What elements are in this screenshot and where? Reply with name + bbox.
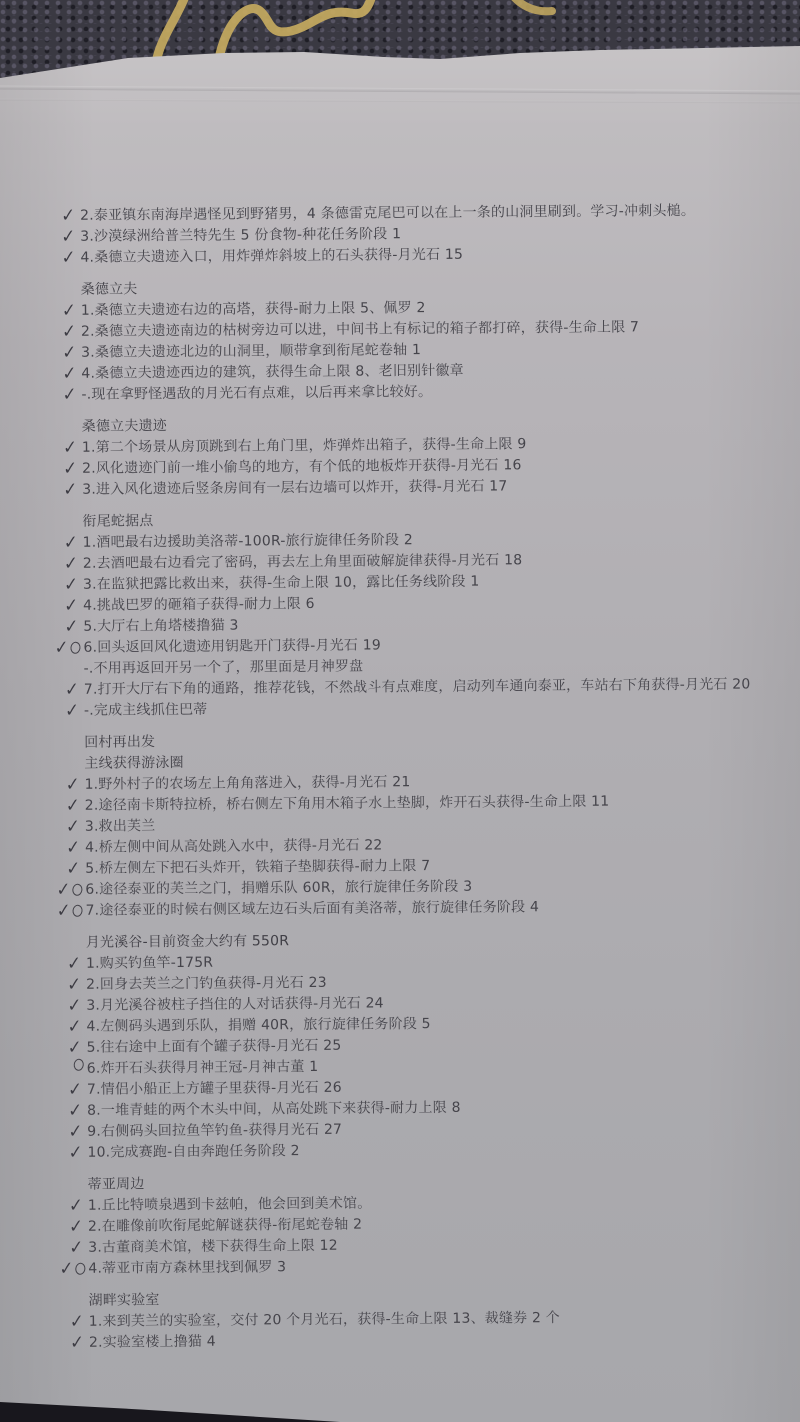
item-mark: ✓ — [53, 1101, 87, 1121]
checkmark-icon: ✓ — [56, 900, 71, 922]
checkmark-icon: ✓ — [62, 363, 77, 385]
item-mark: ✓ — [53, 1059, 87, 1071]
checkmark-icon: ✓ — [67, 1100, 82, 1122]
section-items: ✓ 1.野外村子的农场左上角角落进入，获得-月光石 21 ✓ 2.途径南卡斯特拉… — [50, 769, 791, 922]
item-mark: ✓ — [54, 1259, 88, 1279]
list-item: ✓ 4.蒂亚市南方森林里找到佩罗 3 — [54, 1253, 794, 1280]
item-text: 4.桑德立夫遗迹入口，用炸弹炸斜坡上的石头获得-月光石 15 — [80, 242, 786, 269]
checklist-section: ✓ 2.泰亚镇东南海岸遇怪见到野猪男，4 条德雷克尾巴可以在上一条的山洞里刷到。… — [46, 200, 786, 269]
checklist-section: 桑德立夫遗迹 ✓ 1.第二个场景从房顶跳到右上角门里，炸弹炸出箱子，获得-生命上… — [48, 411, 789, 501]
checkmark-icon: ✓ — [69, 1332, 84, 1354]
item-mark: ✓ — [50, 775, 84, 795]
item-mark: ✓ — [55, 1312, 89, 1332]
checkmark-icon: ✓ — [65, 795, 80, 817]
checkmark-icon: ✓ — [67, 1037, 82, 1059]
item-mark: ✓ — [53, 1038, 87, 1058]
section-items: ✓ 1.桑德立夫遗迹右边的高塔，获得-耐力上限 5、佩罗 2 ✓ 2.桑德立夫遗… — [47, 295, 788, 406]
checkmark-icon: ✓ — [56, 879, 71, 901]
item-text: 4.蒂亚市南方森林里找到佩罗 3 — [88, 1253, 794, 1280]
list-item: ✓ 10.完成赛跑-自由奔跑任务阶段 2 — [53, 1137, 793, 1164]
item-mark: ✓ — [51, 817, 85, 837]
checkmark-icon: ✓ — [68, 1216, 83, 1238]
checkmark-icon: ✓ — [54, 637, 69, 659]
checkmark-icon: ✓ — [64, 700, 79, 722]
checkmark-icon: ✓ — [66, 953, 81, 975]
checkmark-icon: ✓ — [65, 837, 80, 859]
list-item: ✓ 3.进入风化遗迹后竖条房间有一层右边墙可以炸开，获得-月光石 17 — [48, 474, 788, 501]
section-items: ✓ 1.第二个场景从房顶跳到右上角门里，炸弹炸出箱子，获得-生命上限 9 ✓ 2… — [48, 432, 788, 501]
item-mark: ✓ — [47, 364, 81, 384]
checkmark-icon: ✓ — [65, 858, 80, 880]
circle-mark-icon — [72, 883, 83, 896]
circle-mark-icon — [75, 1262, 86, 1275]
paper-crease — [0, 86, 800, 95]
checkmark-icon: ✓ — [64, 616, 79, 638]
section-items: ✓ 1.酒吧最右边援助美洛蒂-100R-旅行旋律任务阶段 2 ✓ 2.去酒吧最右… — [49, 527, 790, 722]
item-mark: ✓ — [52, 1017, 86, 1037]
item-mark: ✓ — [52, 954, 86, 974]
item-mark: ✓ — [50, 701, 84, 721]
checkmark-icon: ✓ — [67, 1121, 82, 1143]
checklist-section: 湖畔实验室 ✓ 1.来到芙兰的实验室，交付 20 个月光石，获得-生命上限 13… — [55, 1285, 795, 1354]
checkmark-icon: ✓ — [68, 1195, 83, 1217]
checklist-section: 月光溪谷-目前资金大约有 550R ✓ 1.购买钓鱼竿-175R ✓ 2.回身去… — [52, 927, 794, 1164]
item-mark: ✓ — [47, 385, 81, 405]
item-mark: ✓ — [47, 322, 81, 342]
section-items: ✓ 1.丘比特喷泉遇到卡兹帕，他会回到美术馆。 ✓ 2.在雕像前吹衔尾蛇解谜获得… — [54, 1190, 795, 1280]
circle-mark-icon — [70, 641, 81, 654]
item-mark: ✓ — [46, 248, 80, 268]
checkmark-icon: ✓ — [64, 679, 79, 701]
checkmark-icon: ✓ — [60, 226, 75, 248]
checkmark-icon: ✓ — [68, 1142, 83, 1164]
checkmark-icon: ✓ — [67, 1016, 82, 1038]
item-mark: ✓ — [50, 680, 84, 700]
checkmark-icon: ✓ — [67, 1079, 82, 1101]
item-mark: ✓ — [54, 1196, 88, 1216]
checklist-section: 回村再出发 主线获得游泳圈 ✓ 1.野外村子的农场左上角角落进入，获得-月光石 … — [50, 727, 791, 922]
item-mark: ✓ — [48, 480, 82, 500]
item-mark: ✓ — [53, 1143, 87, 1163]
checkmark-icon: ✓ — [63, 595, 78, 617]
item-mark: ✓ — [55, 1333, 89, 1353]
checkmark-icon: ✓ — [62, 437, 77, 459]
checkmark-icon: ✓ — [61, 300, 76, 322]
paper-crease-faint — [0, 99, 800, 104]
checkmark-icon: ✓ — [65, 774, 80, 796]
checkmark-icon: ✓ — [59, 1258, 74, 1280]
checkmark-icon: ✓ — [66, 995, 81, 1017]
checkmark-icon: ✓ — [62, 384, 77, 406]
checkmark-icon: ✓ — [61, 321, 76, 343]
checkmark-icon: ✓ — [63, 574, 78, 596]
item-mark: ✓ — [46, 206, 80, 226]
section-items: ✓ 2.泰亚镇东南海岸遇怪见到野猪男，4 条德雷克尾巴可以在上一条的山洞里刷到。… — [46, 200, 786, 269]
item-mark: ✓ — [54, 1217, 88, 1237]
circle-mark-icon — [72, 904, 83, 917]
item-mark: ✓ — [51, 838, 85, 858]
item-mark: ✓ — [46, 227, 80, 247]
item-mark: ✓ — [48, 459, 82, 479]
checkmark-icon: ✓ — [61, 342, 76, 364]
item-mark: ✓ — [51, 859, 85, 879]
item-mark: ✓ — [49, 596, 83, 616]
checkmark-icon: ✓ — [62, 458, 77, 480]
photo-scene: ✓ 2.泰亚镇东南海岸遇怪见到野猪男，4 条德雷克尾巴可以在上一条的山洞里刷到。… — [0, 0, 800, 1422]
checkmark-icon: ✓ — [69, 1311, 84, 1333]
item-mark: ✓ — [51, 901, 85, 921]
checklist: ✓ 2.泰亚镇东南海岸遇怪见到野猪男，4 条德雷克尾巴可以在上一条的山洞里刷到。… — [46, 200, 795, 1354]
item-mark: ✓ — [49, 638, 83, 658]
section-items: ✓ 1.来到芙兰的实验室，交付 20 个月光石，获得-生命上限 13、裁缝券 2… — [55, 1306, 795, 1354]
checkmark-icon: ✓ — [63, 553, 78, 575]
checklist-section: 衔尾蛇据点 ✓ 1.酒吧最右边援助美洛蒂-100R-旅行旋律任务阶段 2 ✓ 2… — [48, 506, 790, 722]
item-text: 7.途径泰亚的时候右侧区域左边石头后面有美洛蒂，旅行旋律任务阶段 4 — [85, 895, 791, 922]
item-mark: ✓ — [47, 343, 81, 363]
paper-sheet: ✓ 2.泰亚镇东南海岸遇怪见到野猪男，4 条德雷克尾巴可以在上一条的山洞里刷到。… — [0, 44, 800, 1422]
list-item: ✓ 2.实验室楼上撸猫 4 — [55, 1327, 795, 1354]
checkmark-icon: ✓ — [65, 816, 80, 838]
item-text: 3.进入风化遗迹后竖条房间有一层右边墙可以炸开，获得-月光石 17 — [82, 474, 788, 501]
list-item: ✓ 4.桑德立夫遗迹入口，用炸弹炸斜坡上的石头获得-月光石 15 — [46, 242, 786, 269]
list-item: ✓ 7.途径泰亚的时候右侧区域左边石头后面有美洛蒂，旅行旋律任务阶段 4 — [51, 895, 791, 922]
item-mark: ✓ — [49, 617, 83, 637]
circle-mark-icon — [73, 1058, 84, 1071]
checkmark-icon: ✓ — [66, 974, 81, 996]
item-text: 10.完成赛跑-自由奔跑任务阶段 2 — [87, 1137, 793, 1164]
item-text: -.完成主线抓住巴蒂 — [84, 695, 790, 722]
item-mark: ✓ — [51, 796, 85, 816]
checklist-section: 蒂亚周边 ✓ 1.丘比特喷泉遇到卡兹帕，他会回到美术馆。 ✓ 2.在雕像前吹衔尾… — [54, 1169, 795, 1280]
item-mark: ✓ — [49, 554, 83, 574]
item-mark: ✓ — [49, 533, 83, 553]
item-mark: ✓ — [49, 575, 83, 595]
item-text: 2.实验室楼上撸猫 4 — [89, 1327, 795, 1354]
item-mark: ✓ — [53, 1080, 87, 1100]
checkmark-icon: ✓ — [68, 1237, 83, 1259]
checkmark-icon: ✓ — [63, 532, 78, 554]
item-text: -.现在拿野怪遇敌的月光石有点难，以后再来拿比较好。 — [81, 379, 787, 406]
checklist-section: 桑德立夫 ✓ 1.桑德立夫遗迹右边的高塔，获得-耐力上限 5、佩罗 2 ✓ 2.… — [47, 274, 788, 406]
item-mark: ✓ — [51, 880, 85, 900]
section-items: ✓ 1.购买钓鱼竿-175R ✓ 2.回身去芙兰之门钓鱼获得-月光石 23 ✓ … — [52, 948, 794, 1164]
list-item: ✓ -.现在拿野怪遇敌的月光石有点难，以后再来拿比较好。 — [47, 379, 787, 406]
item-mark: ✓ — [54, 1238, 88, 1258]
list-item: ✓ -.完成主线抓住巴蒂 — [50, 695, 790, 722]
item-mark: ✓ — [52, 996, 86, 1016]
item-mark: ✓ — [52, 975, 86, 995]
checkmark-icon: ✓ — [62, 479, 77, 501]
checkmark-icon: ✓ — [61, 247, 76, 269]
checkmark-icon: ✓ — [60, 205, 75, 227]
item-mark: ✓ — [48, 438, 82, 458]
item-mark: ✓ — [47, 301, 81, 321]
item-mark: ✓ — [53, 1122, 87, 1142]
